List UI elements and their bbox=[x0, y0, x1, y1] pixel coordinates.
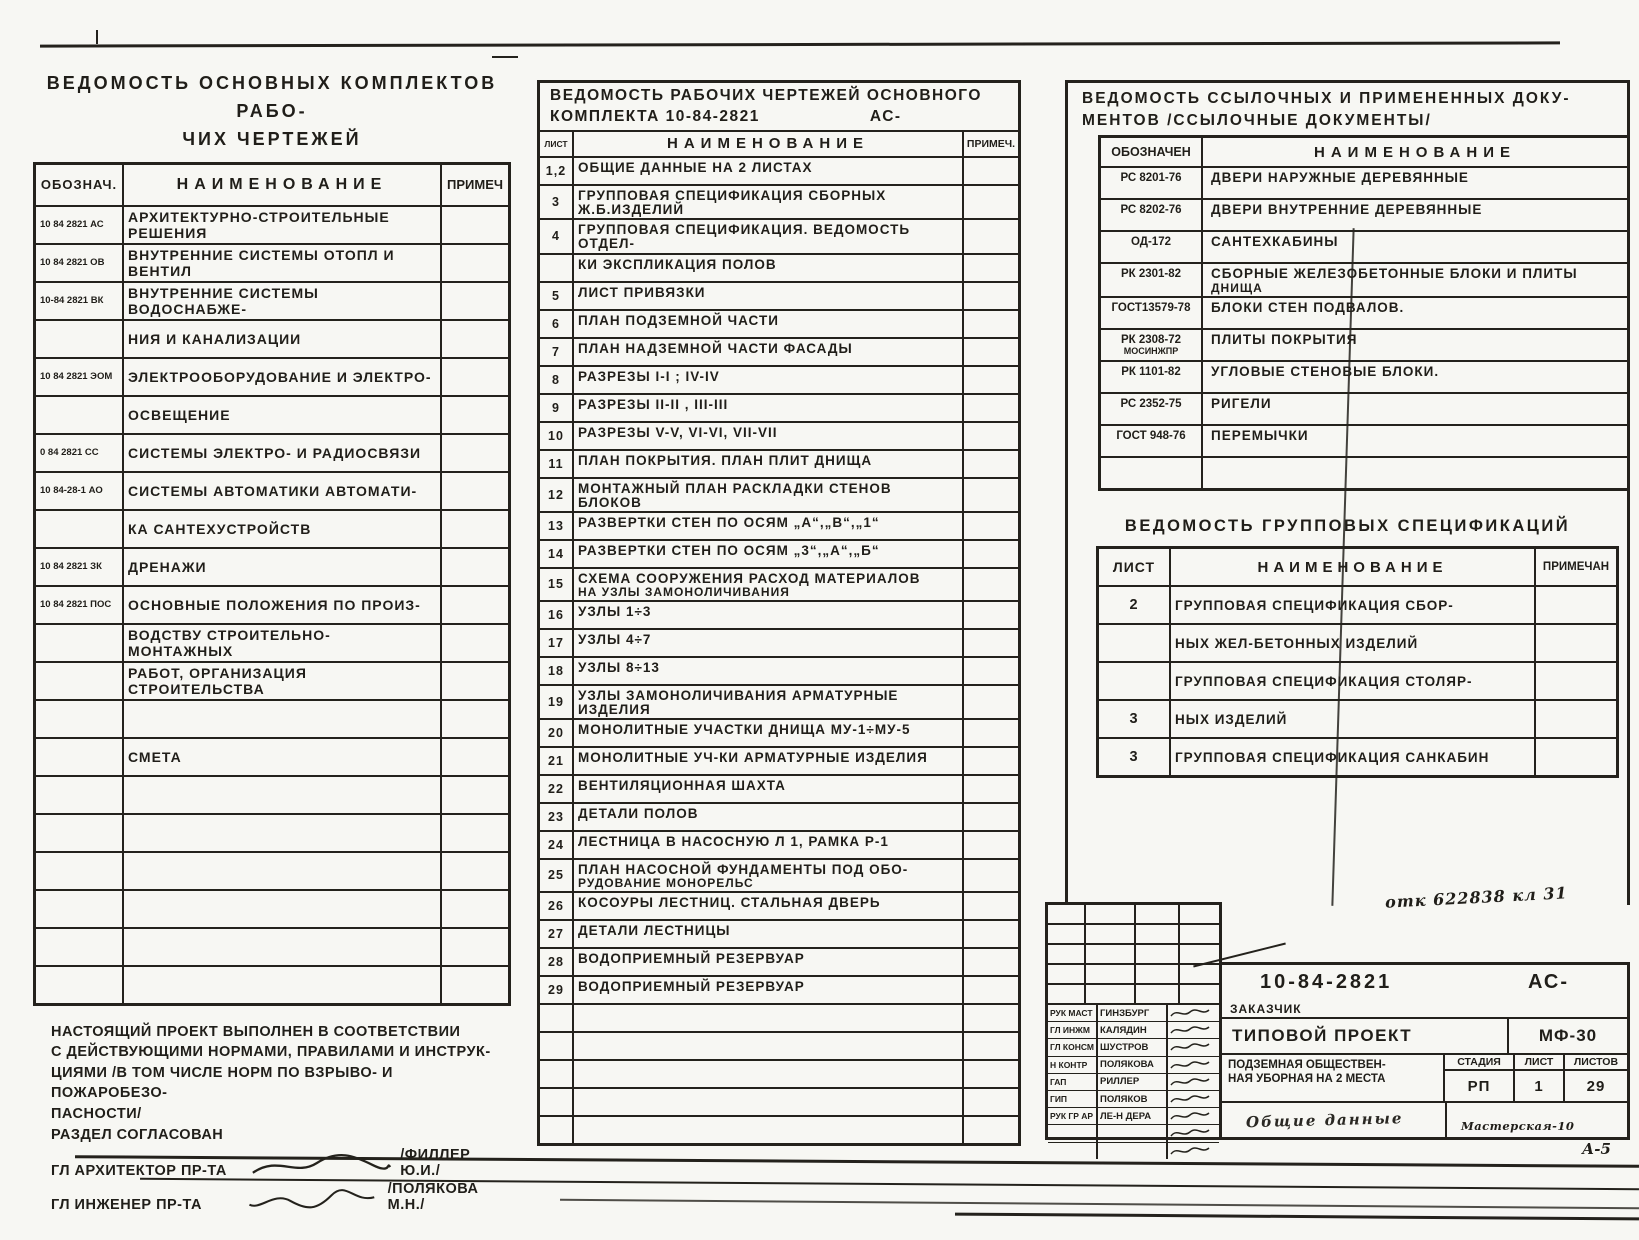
object-name-line: ная уборная на 2 места bbox=[1228, 1072, 1441, 1086]
note-cell bbox=[964, 513, 1018, 539]
header-sheet: Лист bbox=[1099, 549, 1171, 585]
doc-name-cell: Сантехкабины bbox=[1203, 232, 1627, 262]
doc-code-cell bbox=[36, 967, 124, 1003]
table-row bbox=[36, 929, 508, 967]
drawing-name: Групповая спецификация. Ведомость отдел- bbox=[578, 222, 910, 251]
workshop-name: Мастерская-10 bbox=[1445, 1103, 1627, 1137]
table-row: 1,2 Общие данные на 2 листах bbox=[540, 158, 1018, 186]
sheets-total-label: Листов bbox=[1565, 1055, 1627, 1071]
table-row: 10 Разрезы V-V, VI-VI, VII-VII bbox=[540, 423, 1018, 451]
sheet-number-cell: 1,2 bbox=[540, 158, 574, 184]
table-row: 3 ных изделий bbox=[1099, 701, 1616, 739]
revision-cell bbox=[1048, 925, 1086, 943]
drawing-name-cell bbox=[574, 1089, 964, 1115]
note-cell bbox=[964, 658, 1018, 684]
drawing-name-cell: Монолитные уч-ки Арматурные изделия bbox=[574, 748, 964, 774]
table-row bbox=[36, 777, 508, 815]
doc-note-cell bbox=[442, 663, 508, 699]
doc-note-cell bbox=[442, 245, 508, 281]
revision-cell bbox=[1086, 925, 1136, 943]
signatory-name bbox=[1098, 1125, 1168, 1141]
doc-name-cell: Двери наружные деревянные bbox=[1203, 168, 1627, 198]
doc-name-cell: Внутренние системы водоснабже- bbox=[124, 283, 442, 319]
note-cell bbox=[964, 451, 1018, 477]
note-cell bbox=[1536, 701, 1616, 737]
spec-name-cell: Групповая спецификация санкабин bbox=[1171, 739, 1536, 775]
note-line: с действующими нормами, правилами и инст… bbox=[51, 1042, 511, 1063]
drawing-name-cell: Детали лестницы bbox=[574, 921, 964, 947]
drawing-name-cell: План подземной части bbox=[574, 311, 964, 337]
doc-note-cell bbox=[442, 321, 508, 357]
note-cell bbox=[964, 860, 1018, 891]
signatory-name: Калядин bbox=[1098, 1022, 1168, 1038]
drawing-name-cell: Разрезы I-I ; IV-IV bbox=[574, 367, 964, 393]
spec-name-cell: ных изделий bbox=[1171, 701, 1536, 737]
doc-code-cell: 10 84 2821 ЗК bbox=[36, 549, 124, 585]
signatory-signature bbox=[1168, 1091, 1219, 1107]
table-row: 25 План насосной Фундаменты под обо- руд… bbox=[540, 860, 1018, 893]
sheet-number-cell bbox=[1099, 663, 1171, 699]
doc-code-cell: ГОСТ 948-76 bbox=[1101, 426, 1203, 456]
signatory-row: Гл инжм Калядин bbox=[1048, 1022, 1219, 1039]
sheet-number-cell: 3 bbox=[540, 186, 574, 218]
table-row bbox=[36, 967, 508, 1003]
sheet-number-cell: 27 bbox=[540, 921, 574, 947]
doc-name-cell: освещение bbox=[124, 397, 442, 433]
table-row: ки Экспликация полов bbox=[540, 255, 1018, 283]
sheet-value: 1 bbox=[1515, 1071, 1563, 1101]
revision-cell bbox=[1136, 905, 1180, 923]
doc-name-line2: днища bbox=[1211, 282, 1621, 295]
note-cell bbox=[964, 748, 1018, 774]
table-row: 3 Групповая спецификация санкабин bbox=[1099, 739, 1616, 775]
signatory-role: ГИП bbox=[1048, 1091, 1098, 1107]
drawing-name-cell bbox=[574, 1005, 964, 1031]
doc-code: РС 8202-76 bbox=[1120, 204, 1181, 216]
doc-note-cell bbox=[442, 207, 508, 243]
drawing-name: Узлы 8÷13 bbox=[578, 660, 660, 675]
signatory-name: Ле-н дера bbox=[1098, 1108, 1168, 1124]
working-drawings-table-body: 1,2 Общие данные на 2 листах 3 Групповая… bbox=[540, 158, 1018, 1143]
note-cell bbox=[964, 776, 1018, 802]
doc-code-cell: ГОСТ13579-78 bbox=[1101, 298, 1203, 328]
sheet-number-cell bbox=[540, 1033, 574, 1059]
doc-note-cell bbox=[442, 359, 508, 395]
note-cell bbox=[1536, 739, 1616, 775]
drawing-name-cell: Групповая спецификация сборных ж.б.издел… bbox=[574, 186, 964, 218]
table-row: ка сантехустройств bbox=[36, 511, 508, 549]
signature-scribble-icon bbox=[1168, 1075, 1212, 1089]
note-cell bbox=[964, 1117, 1018, 1143]
note-cell bbox=[964, 949, 1018, 975]
revision-cell bbox=[1180, 985, 1219, 1003]
doc-code-cell bbox=[36, 511, 124, 547]
doc-note-cell bbox=[442, 739, 508, 775]
drawing-name-cell: Схема сооружения Расход материалов на уз… bbox=[574, 569, 964, 600]
title-block: Рук маст Гинзбург Гл инжм Калядин bbox=[1045, 902, 1630, 1140]
doc-name-cell: Двери внутренние деревянные bbox=[1203, 200, 1627, 230]
main-sets-table-body: 10 84 2821 АС Архитектурно-строительные … bbox=[36, 207, 508, 1003]
signatory-row: ГИП Поляков bbox=[1048, 1091, 1219, 1108]
signatory-role: Рук маст bbox=[1048, 1005, 1098, 1021]
drawing-name: Вентиляционная шахта bbox=[578, 778, 786, 793]
doc-code-cell: РК 2301-82 bbox=[1101, 264, 1203, 296]
signatory-row: ГАП Риллер bbox=[1048, 1074, 1219, 1091]
table-row: работ, организация строительства bbox=[36, 663, 508, 701]
signatory-signature bbox=[1168, 1108, 1219, 1124]
signature-scribble-icon bbox=[1168, 1023, 1212, 1037]
reference-docs-panel: Ведомость ссылочных и примененных доку- … bbox=[1065, 80, 1630, 905]
drawing-name-cell: Лист привязки bbox=[574, 283, 964, 309]
project-code: 10-84-2821 bbox=[1260, 971, 1392, 994]
doc-note-cell bbox=[442, 967, 508, 1003]
table-row: ных жел-бетонных изделий bbox=[1099, 625, 1616, 663]
note-cell bbox=[1536, 663, 1616, 699]
drawing-name: Лист привязки bbox=[578, 285, 706, 300]
doc-code-cell: ОД-172 bbox=[1101, 232, 1203, 262]
signature-scribble-icon bbox=[242, 1185, 382, 1215]
bottom-border-line bbox=[560, 1199, 1639, 1209]
project-type-row: Типовой проект МФ-30 bbox=[1222, 1019, 1627, 1055]
drawing-name: Общие данные на 2 листах bbox=[578, 160, 813, 175]
table-row: 23 Детали полов bbox=[540, 804, 1018, 832]
doc-name-cell bbox=[124, 815, 442, 851]
title-block-main: 10-84-2821 АС- Заказчик Типовой проект М… bbox=[1222, 902, 1630, 1140]
signatory-signature bbox=[1168, 1143, 1219, 1159]
working-drawings-panel: Ведомость рабочих чертежей основного ком… bbox=[537, 80, 1021, 1146]
signatory-name: Поляков bbox=[1098, 1091, 1168, 1107]
signature-name: /Полякова М.Н./ bbox=[388, 1181, 511, 1213]
set-code: АС- bbox=[1528, 971, 1569, 994]
drawing-name-cell: Узлы 8÷13 bbox=[574, 658, 964, 684]
sheet-number-cell: 3 bbox=[1099, 701, 1171, 737]
doc-name-cell: Основные положения по произ- bbox=[124, 587, 442, 623]
doc-note-cell bbox=[442, 511, 508, 547]
sheet-number-cell: 24 bbox=[540, 832, 574, 858]
doc-name-cell: Смета bbox=[124, 739, 442, 775]
sheet-number-cell: 26 bbox=[540, 893, 574, 919]
drawing-name-cell: ки Экспликация полов bbox=[574, 255, 964, 281]
note-cell bbox=[964, 339, 1018, 365]
doc-note-cell bbox=[442, 701, 508, 737]
table-row: РС 2352-75 Ригели bbox=[1101, 394, 1627, 426]
table-row: 11 План покрытия. План плит днища bbox=[540, 451, 1018, 479]
drawing-name: План подземной части bbox=[578, 313, 779, 328]
drawing-name-cell: Узлы замоноличивания Арматурные изделия bbox=[574, 686, 964, 718]
doc-name-cell: Перемычки bbox=[1203, 426, 1627, 456]
sheet-number-cell: 18 bbox=[540, 658, 574, 684]
signatory-signature bbox=[1168, 1057, 1219, 1073]
doc-name-cell: Плиты покрытия bbox=[1203, 330, 1627, 360]
table-row: РК 2308-72 Мосинжпр Плиты покрытия bbox=[1101, 330, 1627, 362]
group-specs-table: Лист Наименование Примечан 2 Групповая с… bbox=[1096, 546, 1619, 778]
doc-code-cell: РК 1101-82 bbox=[1101, 362, 1203, 392]
revision-cell bbox=[1136, 925, 1180, 943]
sheet-number-cell: 4 bbox=[540, 220, 574, 252]
table-header-row: Лист Наименование Примеч. bbox=[540, 132, 1018, 158]
drawing-name: Разрезы V-V, VI-VI, VII-VII bbox=[578, 425, 778, 440]
table-row: 10-84 2821 ВК Внутренние системы водосна… bbox=[36, 283, 508, 321]
stage-value: РП bbox=[1445, 1071, 1513, 1101]
drawing-name: Развертки стен по осям „А“,„В“,„1“ bbox=[578, 515, 880, 530]
table-row: 29 Водоприемный резервуар bbox=[540, 977, 1018, 1005]
doc-code: РК 2301-82 bbox=[1121, 268, 1181, 280]
signature-scribble-icon bbox=[1168, 1040, 1212, 1054]
sheet-number-cell: 9 bbox=[540, 395, 574, 421]
revision-row bbox=[1048, 985, 1219, 1005]
signatory-name bbox=[1098, 1143, 1168, 1159]
doc-code-cell bbox=[36, 701, 124, 737]
drawing-name: Монолитные уч-ки Арматурные изделия bbox=[578, 750, 928, 765]
doc-code: ГОСТ 948-76 bbox=[1116, 430, 1185, 442]
title-line: Ведомость рабочих чертежей основного bbox=[550, 86, 1010, 107]
drawing-name-cell: План насосной Фундаменты под обо- рудова… bbox=[574, 860, 964, 891]
header-note: Примеч bbox=[442, 165, 508, 205]
sheet-number-cell: 5 bbox=[540, 283, 574, 309]
sheet-column: Лист 1 bbox=[1515, 1055, 1565, 1101]
header-name: Наименование bbox=[1203, 138, 1627, 166]
title-line: Ведомость основных комплектов рабо- bbox=[33, 70, 511, 126]
doc-code: РК 2308-72 bbox=[1121, 334, 1181, 346]
doc-name-cell bbox=[124, 853, 442, 889]
spec-name-cell: Групповая спецификация сбор- bbox=[1171, 587, 1536, 623]
table-row bbox=[36, 815, 508, 853]
table-row: 10 84 2821 АС Архитектурно-строительные … bbox=[36, 207, 508, 245]
main-sets-table: Обознач. Наименование Примеч 10 84 2821 … bbox=[33, 162, 511, 1006]
revision-cell bbox=[1048, 985, 1086, 1003]
table-row: 19 Узлы замоноличивания Арматурные издел… bbox=[540, 686, 1018, 720]
drawing-name-cell: Узлы 1÷3 bbox=[574, 602, 964, 628]
doc-note-cell bbox=[442, 283, 508, 319]
drawing-name: Узлы 1÷3 bbox=[578, 604, 651, 619]
sheet-number-cell bbox=[540, 255, 574, 281]
revision-cell bbox=[1048, 945, 1086, 963]
revision-cell bbox=[1086, 985, 1136, 1003]
reference-docs-table-body: РС 8201-76 Двери наружные деревянные РС … bbox=[1101, 168, 1627, 488]
doc-name: Двери наружные деревянные bbox=[1211, 170, 1469, 185]
doc-name-cell: Электрооборудование и электро- bbox=[124, 359, 442, 395]
signatory-role: Рук гр ар bbox=[1048, 1108, 1098, 1124]
object-stage-row: Подземная обществен- ная уборная на 2 ме… bbox=[1222, 1055, 1627, 1103]
sheet-number-cell: 7 bbox=[540, 339, 574, 365]
doc-code-cell bbox=[36, 853, 124, 889]
header-sheet: Лист bbox=[540, 132, 574, 156]
sheet-number-cell: 29 bbox=[540, 977, 574, 1003]
drawing-name: Узлы 4÷7 bbox=[578, 632, 651, 647]
doc-code-cell: 10 84 2821 ПОС bbox=[36, 587, 124, 623]
drawing-name-line2: рудование Монорельс bbox=[578, 877, 958, 890]
note-line: пасности/ bbox=[51, 1104, 511, 1125]
stage-column: Стадия РП bbox=[1445, 1055, 1515, 1101]
note-cell bbox=[964, 311, 1018, 337]
revision-cell bbox=[1086, 945, 1136, 963]
doc-code-cell bbox=[36, 929, 124, 965]
signature-role-label: Гл инженер пр-та bbox=[51, 1197, 242, 1213]
table-row: РК 1101-82 Угловые стеновые блоки. bbox=[1101, 362, 1627, 394]
signatory-row: Рук гр ар Ле-н дера bbox=[1048, 1108, 1219, 1125]
revision-cell bbox=[1048, 905, 1086, 923]
doc-note-cell bbox=[442, 853, 508, 889]
doc-code: ГОСТ13579-78 bbox=[1112, 302, 1191, 314]
sheet-label: Лист bbox=[1515, 1055, 1563, 1071]
note-cell bbox=[964, 832, 1018, 858]
doc-code-cell: РС 8201-76 bbox=[1101, 168, 1203, 198]
table-row: 17 Узлы 4÷7 bbox=[540, 630, 1018, 658]
signatory-role bbox=[1048, 1125, 1098, 1141]
drawing-name-cell: Разрезы II-II , III-III bbox=[574, 395, 964, 421]
sheet-number-cell bbox=[540, 1117, 574, 1143]
signature-name: /Филлер Ю.И./ bbox=[400, 1147, 511, 1179]
drawing-name: План надземной части Фасады bbox=[578, 341, 853, 356]
doc-code-line2: Мосинжпр bbox=[1105, 346, 1197, 356]
spec-name-cell: Групповая спецификация столяр- bbox=[1171, 663, 1536, 699]
doc-name-cell: Системы автоматики Автомати- bbox=[124, 473, 442, 509]
note-cell bbox=[1536, 625, 1616, 661]
doc-code-cell bbox=[36, 663, 124, 699]
header-name: Наименование bbox=[574, 132, 964, 156]
doc-code-cell: 10 84-28-1 АО bbox=[36, 473, 124, 509]
sheet-number-cell: 19 bbox=[540, 686, 574, 718]
revision-row bbox=[1048, 945, 1219, 965]
signature-role-label: Гл архитектор пр-та bbox=[51, 1163, 249, 1179]
table-row: 0 84 2821 СС Системы электро- и радиосвя… bbox=[36, 435, 508, 473]
doc-name-cell bbox=[124, 929, 442, 965]
signature-scribble-icon bbox=[1168, 1006, 1212, 1020]
note-line: циями /в том числе норм по взрыво- и пож… bbox=[51, 1063, 511, 1104]
drawing-name: Косоуры лестниц. Стальная дверь bbox=[578, 895, 881, 910]
drawing-name-cell: Монолитные участки днища МУ-1÷МУ-5 bbox=[574, 720, 964, 746]
signatory-role: ГАП bbox=[1048, 1074, 1098, 1090]
drawing-name-cell: План покрытия. План плит днища bbox=[574, 451, 964, 477]
signatory-name: Полякова bbox=[1098, 1057, 1168, 1073]
doc-note-cell bbox=[442, 397, 508, 433]
drawing-name: ки Экспликация полов bbox=[578, 257, 777, 272]
working-drawings-title: Ведомость рабочих чертежей основного ком… bbox=[540, 83, 1018, 132]
drawing-name-cell: Общие данные на 2 листах bbox=[574, 158, 964, 184]
signatory-signature bbox=[1168, 1005, 1219, 1021]
revision-cell bbox=[1180, 925, 1219, 943]
drawing-name-cell: Разрезы V-V, VI-VI, VII-VII bbox=[574, 423, 964, 449]
doc-name-cell: водству строительно-монтажных bbox=[124, 625, 442, 661]
doc-note-cell bbox=[442, 587, 508, 623]
table-row bbox=[540, 1117, 1018, 1143]
sheet-number-cell: 11 bbox=[540, 451, 574, 477]
sheet-corner-code: А-5 bbox=[1582, 1140, 1611, 1158]
table-row: 16 Узлы 1÷3 bbox=[540, 602, 1018, 630]
header-code: Обозначен bbox=[1101, 138, 1203, 166]
sheet-number-cell: 28 bbox=[540, 949, 574, 975]
drawing-name-cell: Групповая спецификация. Ведомость отдел- bbox=[574, 220, 964, 252]
doc-name: Ригели bbox=[1211, 396, 1272, 411]
sheet-number-cell: 3 bbox=[1099, 739, 1171, 775]
table-row bbox=[36, 891, 508, 929]
signature-scribble-icon bbox=[1168, 1109, 1212, 1123]
doc-note-cell bbox=[442, 473, 508, 509]
table-row: 10 84 2821 ЭОМ Электрооборудование и эле… bbox=[36, 359, 508, 397]
revision-rows bbox=[1048, 905, 1219, 1005]
object-name: Подземная обществен- ная уборная на 2 ме… bbox=[1222, 1055, 1445, 1101]
sheets-total-column: Листов 29 bbox=[1565, 1055, 1627, 1101]
doc-name-cell: ния и канализации bbox=[124, 321, 442, 357]
sheet-number-cell: 10 bbox=[540, 423, 574, 449]
revision-row bbox=[1048, 965, 1219, 985]
doc-name: Перемычки bbox=[1211, 428, 1309, 443]
scanned-drawing-sheet: Ведомость основных комплектов рабо- чих … bbox=[0, 0, 1639, 1240]
note-cell bbox=[964, 804, 1018, 830]
revision-row bbox=[1048, 925, 1219, 945]
note-cell bbox=[964, 220, 1018, 252]
group-specs-table-body: 2 Групповая спецификация сбор- ных жел-б… bbox=[1099, 587, 1616, 775]
table-row: РС 8201-76 Двери наружные деревянные bbox=[1101, 168, 1627, 200]
drawing-name: Разрезы I-I ; IV-IV bbox=[578, 369, 720, 384]
doc-note-cell bbox=[442, 777, 508, 813]
table-row: 28 Водоприемный резервуар bbox=[540, 949, 1018, 977]
doc-code: РК 1101-82 bbox=[1121, 366, 1180, 378]
revision-cell bbox=[1136, 985, 1180, 1003]
signatory-role: Н контр bbox=[1048, 1057, 1098, 1073]
title-line: Ведомость ссылочных и примененных доку- bbox=[1082, 88, 1619, 110]
table-row: 9 Разрезы II-II , III-III bbox=[540, 395, 1018, 423]
table-row: 10 84 2821 ПОС Основные положения по про… bbox=[36, 587, 508, 625]
note-cell bbox=[964, 255, 1018, 281]
table-row bbox=[540, 1089, 1018, 1117]
table-row: водству строительно-монтажных bbox=[36, 625, 508, 663]
note-cell bbox=[964, 541, 1018, 567]
note-cell bbox=[964, 479, 1018, 511]
stage-label: Стадия bbox=[1445, 1055, 1513, 1071]
sheet-number-cell: 17 bbox=[540, 630, 574, 656]
drawing-name: Водоприемный резервуар bbox=[578, 951, 805, 966]
drawing-name: План насосной Фундаменты под обо- bbox=[578, 862, 908, 877]
note-cell bbox=[964, 630, 1018, 656]
compliance-note: Настоящий проект выполнен в соответствии… bbox=[51, 1022, 511, 1145]
table-row: 3 Групповая спецификация сборных ж.б.изд… bbox=[540, 186, 1018, 220]
table-row: 14 Развертки стен по осям „3“,„А“,„Б“ bbox=[540, 541, 1018, 569]
drawing-name-cell: Вентиляционная шахта bbox=[574, 776, 964, 802]
signatory-name: Риллер bbox=[1098, 1074, 1168, 1090]
doc-name-cell: ка сантехустройств bbox=[124, 511, 442, 547]
drawing-name-cell: Детали полов bbox=[574, 804, 964, 830]
signature-scribble-icon bbox=[1168, 1092, 1212, 1106]
title-line: чих чертежей bbox=[33, 126, 511, 154]
doc-code-cell: РС 8202-76 bbox=[1101, 200, 1203, 230]
note-line: Раздел согласован bbox=[51, 1125, 511, 1146]
table-row: 24 Лестница в насосную Л 1, Рамка Р-1 bbox=[540, 832, 1018, 860]
signatory-row bbox=[1048, 1125, 1219, 1142]
doc-name-cell: Внутренние системы отопл и вентил bbox=[124, 245, 442, 281]
sheet-number-cell: 14 bbox=[540, 541, 574, 567]
table-row: 20 Монолитные участки днища МУ-1÷МУ-5 bbox=[540, 720, 1018, 748]
sheet-number-cell: 15 bbox=[540, 569, 574, 600]
table-row: 10 84 2821 ЗК Дренажи bbox=[36, 549, 508, 587]
signatory-row: Н контр Полякова bbox=[1048, 1057, 1219, 1074]
doc-code-cell bbox=[36, 777, 124, 813]
doc-note-cell bbox=[442, 815, 508, 851]
sheet-number-cell bbox=[1099, 625, 1171, 661]
drawing-name-cell: Лестница в насосную Л 1, Рамка Р-1 bbox=[574, 832, 964, 858]
sheet-number-cell: 13 bbox=[540, 513, 574, 539]
doc-name-cell: работ, организация строительства bbox=[124, 663, 442, 699]
drawing-name-cell bbox=[574, 1061, 964, 1087]
signature-scribble-icon bbox=[1168, 1144, 1212, 1158]
doc-name-cell bbox=[124, 777, 442, 813]
signatory-role: Гл консм bbox=[1048, 1039, 1098, 1055]
signatory-signature bbox=[1168, 1074, 1219, 1090]
drawing-name-line2: на узлы замоноличивания bbox=[578, 586, 958, 599]
table-row: 18 Узлы 8÷13 bbox=[540, 658, 1018, 686]
scan-tick bbox=[96, 30, 98, 44]
sheet-number-cell: 20 bbox=[540, 720, 574, 746]
